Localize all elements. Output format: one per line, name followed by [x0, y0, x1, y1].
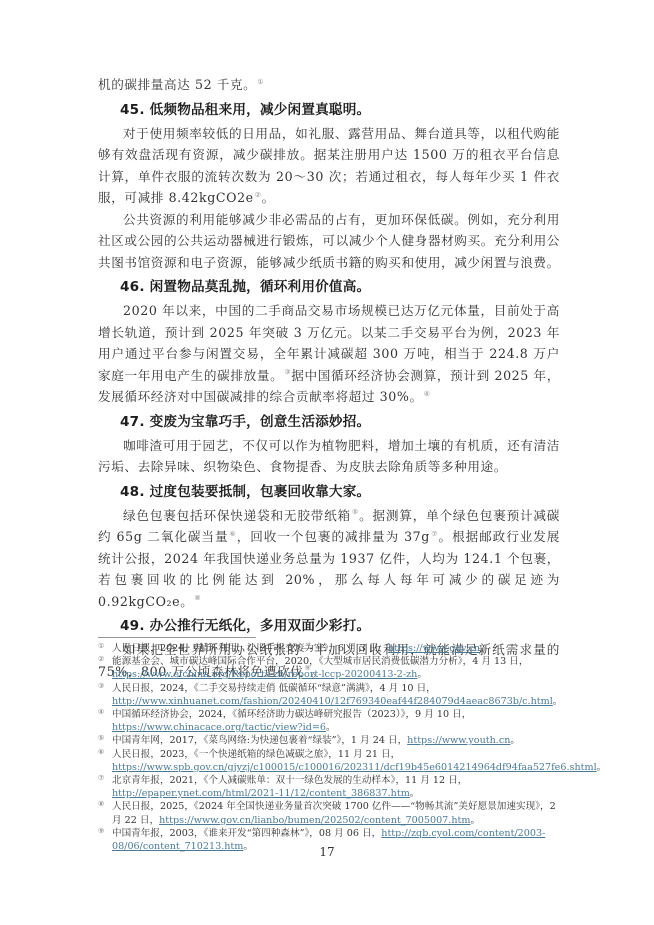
footnote-ref[interactable]: ⑦ [431, 530, 439, 538]
footnote-mark: ⑥ [98, 746, 104, 759]
paragraph: 咖啡渣可用于园艺，不仅可以作为植物肥料，增加土壤的有机质，还有清洁污垢、去除异味… [98, 435, 560, 478]
footnote-link[interactable]: https://www.efchina.org/Reports-zh/repor… [112, 669, 417, 680]
footnote-item: ②能源基金会、城市碳达峰国际合作平台，2020，《大型城市居民消费低碳潜力分析》… [98, 655, 568, 681]
footnote-text: 人民日报，2023，《一个快递纸箱的绿色减碳之旅》，11 月 21 日， [112, 749, 400, 760]
footnote-mark: ④ [98, 706, 104, 719]
footnote-text: 中国青年报，2003，《谁来开发“第四种森林”》，08 月 06 日， [112, 828, 381, 839]
footnote-text: 能源基金会、城市碳达峰国际合作平台，2020，《大型城市居民消费低碳潜力分析》，… [112, 656, 528, 667]
footnote-text: 中国青年网，2017，《菜鸟网络:为快递包裹着“绿装”》，1 月 24 日， [112, 735, 407, 746]
section-heading-45: 45. 低频物品租来用，减少闲置真聪明。 [98, 99, 560, 121]
text: 咖啡渣可用于园艺，不仅可以作为植物肥料，增加土壤的有机质，还有清洁污垢、去除异味… [98, 438, 560, 475]
footnote-ref[interactable]: ④ [424, 390, 431, 398]
text: 机的碳排量高达 52 千克。 [98, 77, 256, 92]
page-number: 17 [0, 845, 654, 859]
paragraph: 公共资源的利用能够减少非必需品的占有，更加环保低碳。例如，充分利用社区或公园的公… [98, 209, 560, 274]
footnote-item: ①人民日报，2024，《循环利用，让旧手机变废为宝》，6 月 3 日，https… [98, 642, 568, 655]
footnote-item: ③人民日报，2024，《二手交易持续走俏 低碳循环“绿意”满满》，4 月 10 … [98, 682, 568, 708]
page-body: 机的碳排量高达 52 千克。① 45. 低频物品租来用，减少闲置真聪明。 对于使… [98, 74, 560, 682]
footnote-mark: ⑧ [98, 798, 104, 811]
footnote-mark: ② [98, 653, 104, 666]
paragraph-intro-tail: 机的碳排量高达 52 千克。① [98, 74, 560, 96]
punct: 。 [510, 735, 520, 746]
paragraph: 2020 年以来，中国的二手商品交易市场规模已达万亿元体量，目前处于高增长轨道，… [98, 300, 560, 408]
footnote-item: ⑦北京青年报，2021，《个人减碳账单：双十一绿色发展的生动样本》，11 月 1… [98, 774, 568, 800]
punct: 。 [597, 762, 607, 773]
footnote-ref[interactable]: ⑤ [352, 508, 359, 516]
footnote-item: ④中国循环经济协会，2024，《循环经济助力碳达峰研究报告（2023）》，9 月… [98, 708, 568, 734]
footnote-link[interactable]: http://www.xinhuanet.com/fashion/2024041… [112, 696, 553, 707]
section-heading-46: 46. 闲置物品莫乱抛，循环利用价值高。 [98, 276, 560, 298]
punct: 。 [326, 722, 336, 733]
footnote-mark: ⑤ [98, 732, 104, 745]
text: 对于使用频率较低的日用品，如礼服、露营用品、舞台道具等，以租代购能够有效盘活现有… [98, 126, 560, 206]
text: 公共资源的利用能够减少非必需品的占有，更加环保低碳。例如，充分利用社区或公园的公… [98, 212, 560, 270]
footnote-divider [98, 637, 256, 638]
punct: 。 [470, 815, 480, 826]
text: ，回收一个包裹的减排量为 37g [237, 529, 430, 544]
footnote-text: 中国循环经济协会，2024，《循环经济助力碳达峰研究报告（2023）》，9 月 … [112, 709, 471, 720]
footnote-item: ⑤中国青年网，2017，《菜鸟网络:为快递包裹着“绿装”》，1 月 24 日，h… [98, 734, 568, 747]
punct: 。 [410, 788, 420, 799]
footnote-ref[interactable]: ② [255, 191, 262, 199]
footnote-text: 北京青年报，2021，《个人减碳账单：双十一绿色发展的生动样本》，11 月 12… [112, 775, 467, 786]
footnote-item: ⑥人民日报，2023，《一个快递纸箱的绿色减碳之旅》，11 月 21 日，htt… [98, 748, 568, 774]
footnote-text: 人民日报，2024，《循环利用，让旧手机变废为宝》，6 月 3 日， [112, 643, 388, 654]
footnote-mark: ① [98, 640, 104, 653]
footnote-mark: ⑨ [98, 825, 104, 838]
footnote-item: ⑧人民日报，2025，《2024 年全国快递业务量首次突破 1700 亿件——“… [98, 800, 568, 826]
footnote-mark: ⑦ [98, 772, 104, 785]
punct: 。 [480, 643, 490, 654]
punct: 。 [553, 696, 563, 707]
paragraph: 绿色包裹包括环保快递袋和无胶带纸箱⑤。据测算，单个绿色包裹预计减碳约 65g 二… [98, 505, 560, 613]
footnote-link[interactable]: https://www.chinacace.org/tactic/view?id… [112, 722, 326, 733]
footnote-link[interactable]: http://epaper.ynet.com/html/2021-11/12/c… [112, 788, 410, 799]
footnote-text: 人民日报，2024，《二手交易持续走俏 低碳循环“绿意”满满》，4 月 10 日… [112, 683, 436, 694]
paragraph: 对于使用频率较低的日用品，如礼服、露营用品、舞台道具等，以租代购能够有效盘活现有… [98, 123, 560, 209]
footnote-link[interactable]: https://www.spb.gov.cn/gjyzj/c100015/c10… [112, 762, 597, 773]
section-heading-47: 47. 变废为宝靠巧手，创意生活添妙招。 [98, 411, 560, 433]
footnote-ref[interactable]: ① [257, 78, 264, 86]
footnote-link[interactable]: https://www.gov.cn/lianbo/bumen/202502/c… [159, 815, 470, 826]
footnote-link[interactable]: https://www.gov.cn [388, 643, 480, 654]
footnote-link[interactable]: https://www.youth.cn [407, 735, 510, 746]
text: 绿色包裹包括环保快递袋和无胶带纸箱 [123, 508, 351, 523]
footnote-ref[interactable]: ⑥ [230, 530, 237, 538]
footnotes: ①人民日报，2024，《循环利用，让旧手机变废为宝》，6 月 3 日，https… [98, 642, 568, 853]
section-heading-49: 49. 办公推行无纸化，多用双面少彩打。 [98, 615, 560, 637]
punct: 。 [417, 669, 427, 680]
footnote-ref[interactable]: ⑧ [194, 594, 201, 602]
section-heading-48: 48. 过度包装要抵制，包裹回收靠大家。 [98, 481, 560, 503]
footnote-mark: ③ [98, 680, 104, 693]
text: 。 [262, 190, 275, 205]
